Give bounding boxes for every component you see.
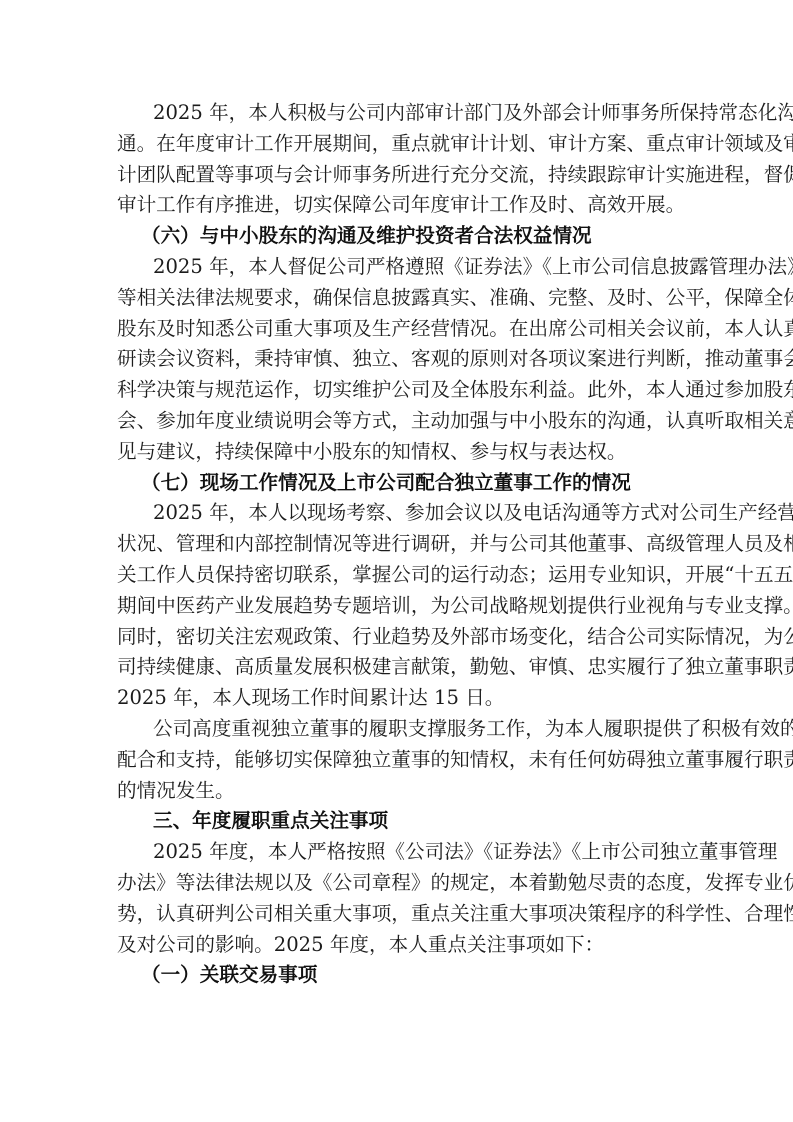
text-line: 见与建议，持续保障中小股东的知情权、参与权与表达权。 [117,437,677,468]
text-line: 等相关法律法规要求，确保信息披露真实、准确、完整、及时、公平，保障全体 [117,283,677,314]
text-line: 及对公司的影响。2025 年度，本人重点关注事项如下： [117,930,677,961]
text-line: 关工作人员保持密切联系，掌握公司的运行动态；运用专业知识，开展“十五五” [117,560,677,591]
paragraph-onsite-work: 2025 年，本人以现场考察、参加会议以及电话沟通等方式对公司生产经营 状况、管… [117,498,677,714]
paragraph-company-support: 公司高度重视独立董事的履职支撑服务工作，为本人履职提供了积极有效的 配合和支持，… [117,714,677,806]
text-line: 通。在年度审计工作开展期间，重点就审计计划、审计方案、重点审计领域及审 [117,129,677,160]
text-line: 会、参加年度业绩说明会等方式，主动加强与中小股东的沟通，认真听取相关意 [117,406,677,437]
text-line: 期间中医药产业发展趋势专题培训，为公司战略规划提供行业视角与专业支撑。 [117,591,677,622]
text-line: 研读会议资料，秉持审慎、独立、客观的原则对各项议案进行判断，推动董事会 [117,344,677,375]
text-line: 2025 年，本人督促公司严格遵照《证券法》《上市公司信息披露管理办法》 [117,252,677,283]
text-line: 计团队配置等事项与会计师事务所进行充分交流，持续跟踪审计实施进程，督促 [117,160,677,191]
text-line: 2025 年，本人现场工作时间累计达 15 日。 [117,683,677,714]
text-line: 2025 年，本人积极与公司内部审计部门及外部会计师事务所保持常态化沟 [117,98,677,129]
paragraph-key-focus: 2025 年度，本人严格按照《公司法》《证券法》《上市公司独立董事管理 办法》等… [117,837,677,960]
text-line: 同时，密切关注宏观政策、行业趋势及外部市场变化，结合公司实际情况，为公 [117,622,677,653]
section-heading-6: （六）与中小股东的沟通及维护投资者合法权益情况 [117,221,677,252]
subsection-heading-1: （一）关联交易事项 [117,960,677,991]
paragraph-shareholder-communication: 2025 年，本人督促公司严格遵照《证券法》《上市公司信息披露管理办法》 等相关… [117,252,677,468]
text-line: 2025 年，本人以现场考察、参加会议以及电话沟通等方式对公司生产经营 [117,498,677,529]
text-line: 司持续健康、高质量发展积极建言献策，勤勉、审慎、忠实履行了独立董事职责。 [117,652,677,683]
text-line: 审计工作有序推进，切实保障公司年度审计工作及时、高效开展。 [117,190,677,221]
text-line: 科学决策与规范运作，切实维护公司及全体股东利益。此外，本人通过参加股东 [117,375,677,406]
section-heading-7: （七）现场工作情况及上市公司配合独立董事工作的情况 [117,468,677,499]
text-line: 配合和支持，能够切实保障独立董事的知情权，未有任何妨碍独立董事履行职责 [117,745,677,776]
text-line: 的情况发生。 [117,776,677,807]
document-page: 2025 年，本人积极与公司内部审计部门及外部会计师事务所保持常态化沟 通。在年… [117,98,677,991]
text-line: 股东及时知悉公司重大事项及生产经营情况。在出席公司相关会议前，本人认真 [117,314,677,345]
text-line: 2025 年度，本人严格按照《公司法》《证券法》《上市公司独立董事管理 [117,837,677,868]
section-heading-3: 三、年度履职重点关注事项 [117,806,677,837]
text-line: 公司高度重视独立董事的履职支撑服务工作，为本人履职提供了积极有效的 [117,714,677,745]
paragraph-audit-communication: 2025 年，本人积极与公司内部审计部门及外部会计师事务所保持常态化沟 通。在年… [117,98,677,221]
text-line: 办法》等法律法规以及《公司章程》的规定，本着勤勉尽责的态度，发挥专业优 [117,868,677,899]
text-line: 状况、管理和内部控制情况等进行调研，并与公司其他董事、高级管理人员及相 [117,529,677,560]
text-line: 势，认真研判公司相关重大事项，重点关注重大事项决策程序的科学性、合理性 [117,899,677,930]
